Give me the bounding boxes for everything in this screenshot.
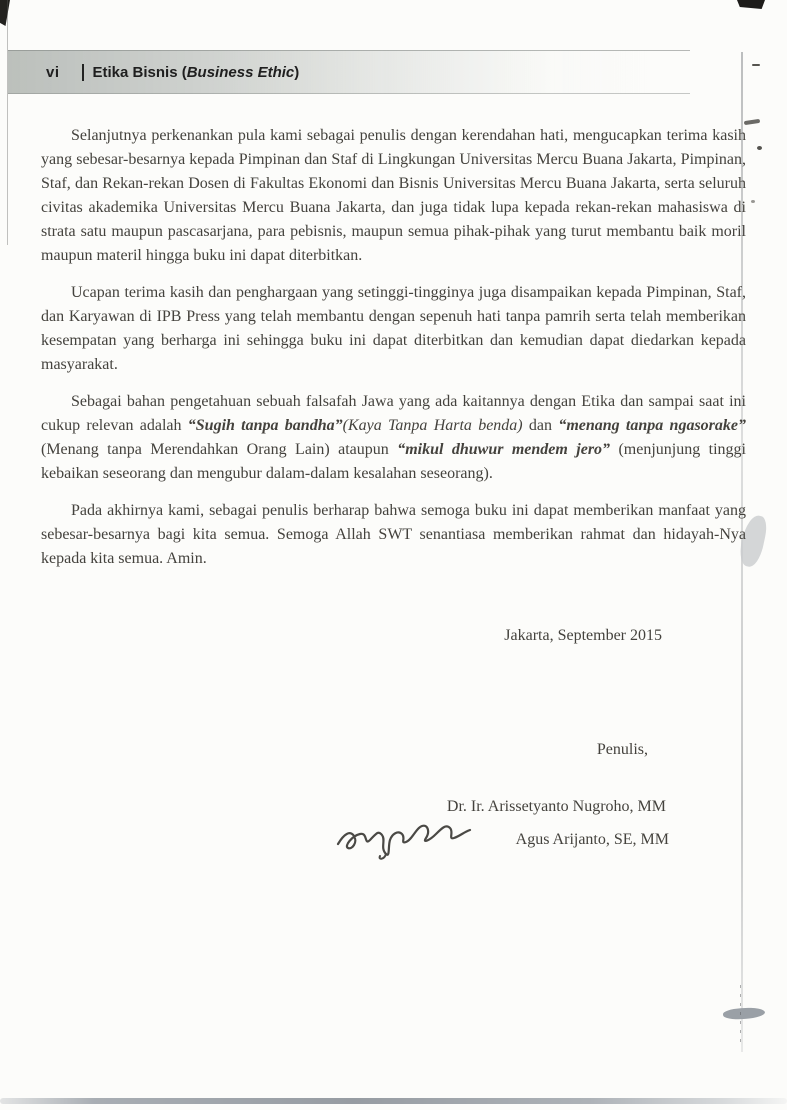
page-bottom-scan-band	[0, 1098, 787, 1104]
p3-translation-1: (Kaya Tanpa Harta benda)	[343, 417, 523, 434]
paragraph-acknowledgement-university: Selanjutnya perkenankan pula kami sebaga…	[41, 124, 746, 268]
preface-text: Selanjutnya perkenankan pula kami sebaga…	[41, 124, 746, 584]
scanned-book-page: vi Etika Bisnis (Business Ethic) Selanju…	[0, 0, 787, 1110]
date-place-line: Jakarta, September 2015	[504, 627, 662, 645]
page-left-edge-line	[7, 0, 8, 245]
signoff-penulis: Penulis,	[597, 741, 648, 759]
p3-javanese-phrase-3: “mikul dhuwur mendem jero”	[397, 441, 610, 458]
author-name-2: Agus Arijanto, SE, MM	[516, 831, 669, 849]
book-title: Etika Bisnis (Business Ethic)	[93, 64, 300, 81]
p3-javanese-phrase-1: “Sugih tanpa bandha”	[188, 417, 343, 434]
p3-translation-2: (Menang tanpa Merendahkan Orang Lain) at…	[41, 441, 397, 458]
scan-speck	[752, 64, 760, 66]
book-title-english: Business Ethic	[187, 64, 295, 81]
paragraph-javanese-philosophy: Sebagai bahan pengetahuan sebuah falsafa…	[41, 390, 746, 486]
paragraph-acknowledgement-ipb-press: Ucapan terima kasih dan penghargaan yang…	[41, 281, 746, 377]
book-title-close-paren: )	[294, 64, 299, 81]
paragraph-closing-hope: Pada akhirnya kami, sebagai penulis berh…	[41, 499, 746, 571]
scan-artifact-top-left	[0, 0, 10, 26]
running-header: vi Etika Bisnis (Business Ethic)	[8, 50, 690, 94]
p3-javanese-phrase-2: “menang tanpa ngasorake”	[558, 417, 746, 434]
author-name-1: Dr. Ir. Arissetyanto Nugroho, MM	[447, 798, 666, 816]
scan-speck	[751, 200, 755, 203]
handwritten-signature-icon	[334, 810, 474, 862]
scan-speck	[757, 146, 762, 150]
scan-dotted-line	[740, 985, 741, 1045]
book-title-indonesian: Etika Bisnis (	[93, 64, 187, 81]
scan-artifact-top-right	[737, 0, 765, 9]
p3-connector: dan	[523, 417, 559, 434]
scan-smudge-bottom-right	[723, 1007, 766, 1021]
scan-speck	[744, 119, 760, 125]
page-number: vi	[46, 64, 60, 81]
header-divider	[82, 64, 84, 81]
